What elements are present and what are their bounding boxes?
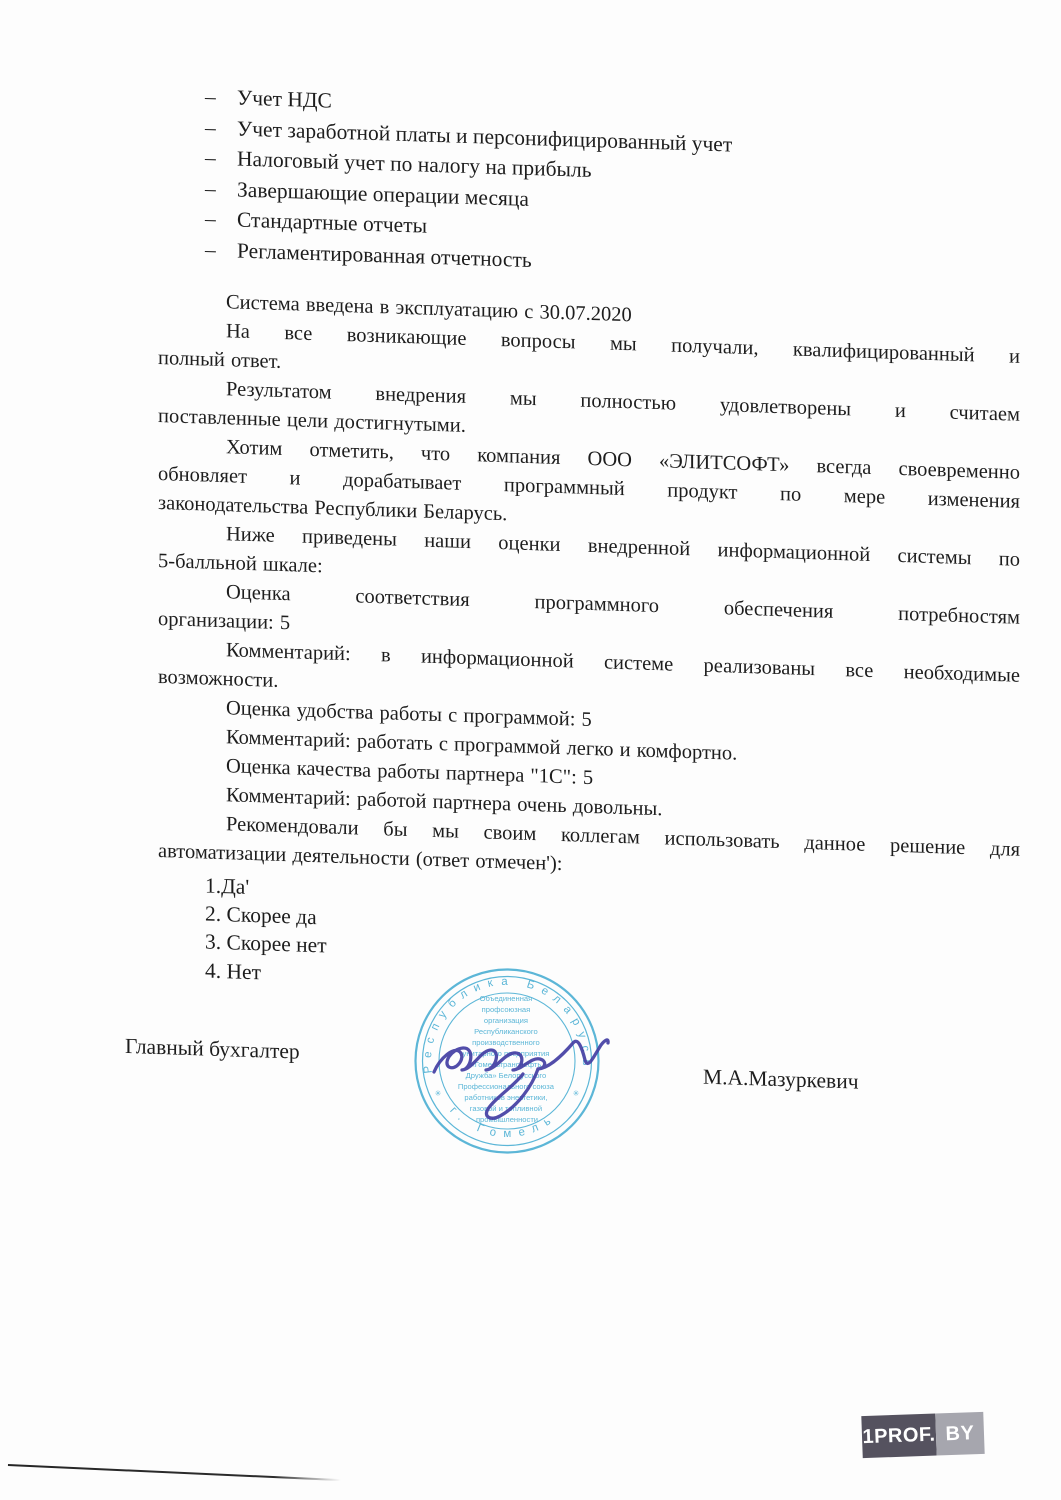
signature-descender-stroke [486, 1069, 538, 1118]
scanned-letter-page: –Учет НДС –Учет заработной платы и персо… [0, 0, 1061, 1500]
dash-bullet-icon: – [205, 234, 216, 265]
position-title: Главный бухгалтер [125, 1034, 300, 1065]
dash-bullet-icon: – [205, 173, 216, 204]
watermark-right-segment: BY [935, 1412, 984, 1456]
dash-bullet-icon: – [205, 82, 216, 113]
handwritten-signature [428, 1012, 628, 1182]
stamp-center-line: Объединенная [480, 994, 533, 1003]
dash-bullet-icon: – [205, 204, 216, 235]
bullet-text: Регламентированная отчетность [237, 239, 532, 273]
letter-paragraphs: Система введена в эксплуатацию с 30.07.2… [158, 286, 1020, 894]
person-name: М.А.Мазуркевич [703, 1065, 859, 1095]
dash-bullet-icon: – [205, 143, 216, 174]
bullet-text: Стандартные отчеты [237, 208, 427, 238]
watermark-badge: 1PROF. BY [861, 1412, 984, 1458]
bullet-text: Учет НДС [237, 86, 332, 113]
dash-bullet-icon: – [205, 112, 216, 143]
scan-artifact-line [8, 1464, 341, 1481]
watermark-left-segment: 1PROF. [861, 1414, 936, 1459]
signature-stroke [434, 1040, 608, 1072]
feature-bullet-list: –Учет НДС –Учет заработной платы и персо… [158, 80, 1020, 291]
